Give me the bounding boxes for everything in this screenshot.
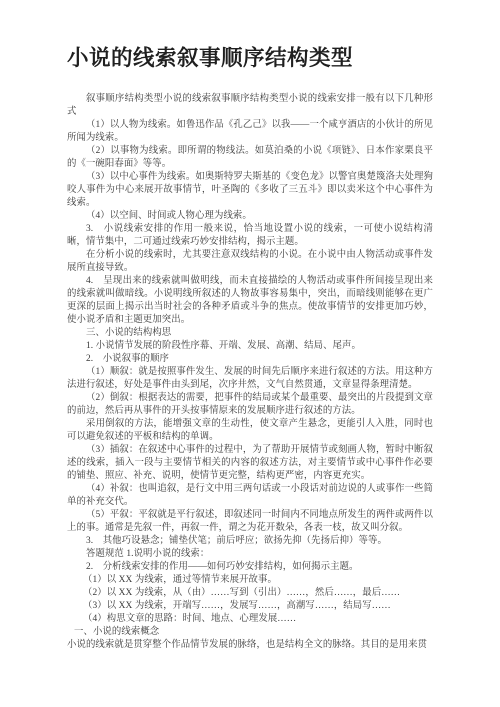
paragraph-clue-person: （1）以人物为线索。如鲁迅作品《孔乙己》以我——一个咸亨酒店的小伙计的所见所闻为…: [67, 119, 433, 145]
paragraph-clue-function: 3. 小说线索安排的作用一般来说，恰当地设置小说的线索，一可使小说结构清晰，情节…: [67, 223, 433, 249]
section-heading-concept: 一、小说的线索概念: [67, 626, 433, 639]
document-page: 小说的线索叙事顺序结构类型 叙事顺序结构类型小说的线索叙事顺序结构类型小说的线索…: [0, 0, 500, 707]
paragraph-other-devices: 3. 其他巧设悬念；铺垫伏笔；前后呼应；欲扬先抑（先扬后抑）等等。: [67, 535, 433, 548]
paragraph-intro: 叙事顺序结构类型小说的线索叙事顺序结构类型小说的线索安排一般有以下几种形式: [67, 93, 433, 119]
paragraph-daoxu: （2）倒叙：根据表达的需要，把事件的结局或某个最重要、最突出的片段提到文章的前边…: [67, 392, 433, 418]
paragraph-concept: 小说的线索就是贯穿整个作品情节发展的脉络，也是结构全文的脉络。其目的是用来贯: [67, 639, 433, 652]
paragraph-clue-event: （3）以中心事件为线索。如奥斯特罗夫斯基的《变色龙》以警官奥楚篾洛夫处理狗咬人事…: [67, 171, 433, 210]
paragraph-analyze-clue: 2. 分析线索安排的作用——如何巧妙安排结构，如何揭示主题。: [67, 561, 433, 574]
answer-format-1: （1）以 XX 为线索，通过等情节来展开故事。: [67, 574, 433, 587]
answer-format-2: （2）以 XX 为线索，从（由）……写到（引出）……，然后……，最后……: [67, 587, 433, 600]
page-title: 小说的线索叙事顺序结构类型: [67, 45, 433, 72]
paragraph-double-line: 在分析小说的线索时，尤其要注意双线结构的小说。在小说中由人物活动或事件发展所直接…: [67, 249, 433, 275]
paragraph-answer-norm: 答题规范 1.说明小说的线索：: [67, 548, 433, 561]
paragraph-clue-spacetime: （4）以空间、时间或人物心理为线索。: [67, 210, 433, 223]
paragraph-daoxu-benefit: 采用倒叙的方法，能增强文章的生动性，使文章产生悬念，更能引人入胜，同时也可以避免…: [67, 418, 433, 444]
paragraph-pingxu: （5）平叙：平叙就是平行叙述，即叙述同一时间内不同地点所发生的两件或两件以上的事…: [67, 509, 433, 535]
section-heading-structure: 三、小说的结构构思: [67, 327, 433, 340]
paragraph-mingxian-anxian: 4. 呈现出来的线索就叫做明线，而未直接描绘的人物活动或事件所间接呈现出来的线索…: [67, 275, 433, 327]
paragraph-buxu: （4）补叙：也叫追叙，是行文中用三两句话或一小段话对前边说的人或事作一些简单的补…: [67, 483, 433, 509]
answer-format-3: （3）以 XX 为线索，开端写……，发展写……，高潮写……，结局写……: [67, 600, 433, 613]
paragraph-shunxu: （1）顺叙：就是按照事件发生、发展的时间先后顺序来进行叙述的方法。用这种方法进行…: [67, 366, 433, 392]
paragraph-chaxu: （3）插叙：在叙述中心事件的过程中，为了帮助开展情节或刻画人物，暂时中断叙述的线…: [67, 444, 433, 483]
paragraph-clue-object: （2）以事物为线索。即所谓的物线法。如莫泊桑的小说《项链》、日本作家栗良平的《一…: [67, 145, 433, 171]
paragraph-plot-stages: 1. 小说情节发展的阶段性序幕、开端、发展、高潮、结局、尾声。: [67, 340, 433, 353]
paragraph-narrative-order: 2. 小说叙事的顺序: [67, 353, 433, 366]
answer-format-4: （4）构思文章的思路：时间、地点、心理发展……: [67, 613, 433, 626]
